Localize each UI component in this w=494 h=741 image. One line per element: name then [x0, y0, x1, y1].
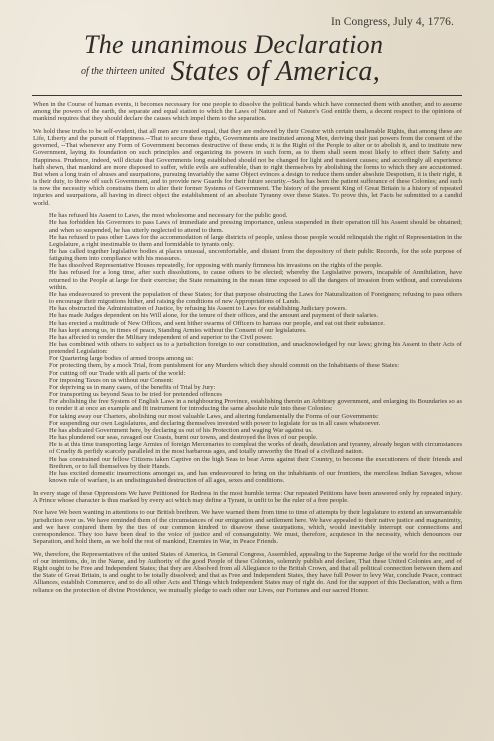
subtitle-small: of the thirteen united — [81, 66, 165, 77]
conclusion-paragraph: We, therefore, the Representatives of th… — [33, 551, 462, 594]
grievance-item: For depriving us in many cases, of the b… — [49, 384, 462, 391]
grievance-item: For protecting them, by a mock Trial, fr… — [49, 362, 462, 369]
grievance-item: For suspending our own Legislatures, and… — [49, 420, 462, 427]
grievance-item: He has refused his Assent to Laws, the m… — [49, 212, 462, 219]
declaration-document: In Congress, July 4, 1776. The unanimous… — [0, 0, 494, 741]
grievance-item: He has excited domestic insurrections am… — [49, 470, 462, 484]
grievance-item: He has obstructed the Administration of … — [49, 305, 462, 312]
grievance-item: He has made Judges dependent on his Will… — [49, 312, 462, 319]
grievance-item: He has affected to render the Military i… — [49, 334, 462, 341]
grievance-item: For transporting us beyond Seas to be tr… — [49, 391, 462, 398]
grievance-item: For taking away our Charters, abolishing… — [49, 413, 462, 420]
grievance-item: He has refused to pass other Laws for th… — [49, 234, 462, 248]
grievance-item: He has called together legislative bodie… — [49, 248, 462, 262]
subtitle-large: States of America, — [171, 56, 380, 87]
grievance-item: For cutting off our Trade with all parts… — [49, 370, 462, 377]
grievance-item: For Quartering large bodies of armed tro… — [49, 355, 462, 362]
preamble-paragraph: When in the Course of human events, it b… — [33, 101, 462, 122]
grievance-item: He has dissolved Representative Houses r… — [49, 262, 462, 269]
grievance-item: He has plundered our seas, ravaged our C… — [49, 434, 462, 441]
title-divider — [32, 95, 462, 96]
grievance-item: For abolishing the free System of Englis… — [49, 398, 462, 412]
grievance-item: For imposing Taxes on us without our Con… — [49, 377, 462, 384]
petitions-paragraph: In every stage of these Oppressions We h… — [33, 490, 462, 504]
grievance-item: He has refused for a long time, after su… — [49, 269, 462, 290]
truths-paragraph: We hold these truths to be self-evident,… — [33, 128, 462, 207]
grievance-item: He has erected a multitude of New Office… — [49, 320, 462, 327]
grievance-item: He has abdicated Government here, by dec… — [49, 427, 462, 434]
grievance-item: He has kept among us, in times of peace,… — [49, 327, 462, 334]
grievance-item: He has forbidden his Governors to pass L… — [49, 219, 462, 233]
brethren-paragraph: Nor have We been wanting in attentions t… — [33, 509, 462, 545]
grievance-item: He has endeavoured to prevent the popula… — [49, 291, 462, 305]
grievance-list: He has refused his Assent to Laws, the m… — [33, 212, 462, 484]
grievance-item: He has combined with others to subject u… — [49, 341, 462, 355]
dateline: In Congress, July 4, 1776. — [331, 16, 454, 28]
document-subtitle: of the thirteen united States of America… — [81, 58, 380, 86]
grievance-item: He has constrained our fellow Citizens t… — [49, 456, 462, 470]
grievance-item: He is at this time transporting large Ar… — [49, 441, 462, 455]
document-body: When in the Course of human events, it b… — [33, 101, 462, 599]
document-title: The unanimous Declaration — [84, 32, 383, 58]
